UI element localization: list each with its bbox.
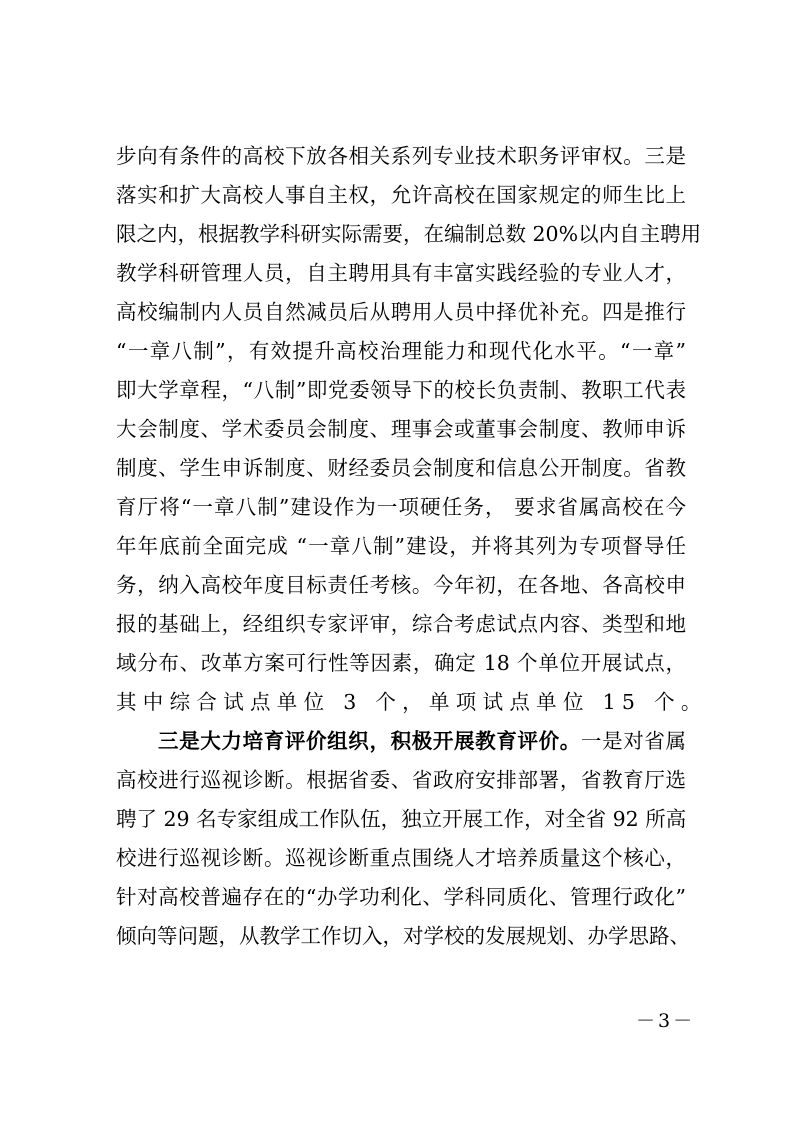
text-line: “一章八制”，有效提升高校治理能力和现代化水平。“一章”	[116, 332, 686, 371]
text-line: 聘了 29 名专家组成工作队伍，独立开展工作，对全省 92 所高	[116, 800, 686, 839]
text-line: 高校进行巡视诊断。根据省委、省政府安排部署，省教育厅选	[116, 761, 686, 800]
text-line: 步向有条件的高校下放各相关系列专业技术职务评审权。三是	[116, 137, 686, 176]
body-text: 步向有条件的高校下放各相关系列专业技术职务评审权。三是 落实和扩大高校人事自主权…	[116, 137, 686, 956]
paragraph-heading-line: 三是大力培育评价组织，积极开展教育评价。一是对省属	[116, 722, 686, 761]
document-page: 步向有条件的高校下放各相关系列专业技术职务评审权。三是 落实和扩大高校人事自主权…	[0, 0, 794, 1123]
text-line: 即大学章程，“八制”即党委领导下的校长负责制、教职工代表	[116, 371, 686, 410]
text-line: 倾向等问题，从教学工作切入，对学校的发展规划、办学思路、	[116, 917, 686, 956]
text-line: 针对高校普遍存在的“办学功利化、学科同质化、管理行政化”	[116, 878, 686, 917]
text-line: 教学科研管理人员，自主聘用具有丰富实践经验的专业人才，	[116, 254, 686, 293]
text-line: 限之内，根据教学科研实际需要，在编制总数 20%以内自主聘用	[116, 215, 686, 254]
text-line: 域分布、改革方案可行性等因素，确定 18 个单位开展试点，	[116, 644, 686, 683]
text-line: 高校编制内人员自然减员后从聘用人员中择优补充。四是推行	[116, 293, 686, 332]
paragraph-heading: 三是大力培育评价组织，积极开展教育评价。	[158, 729, 581, 753]
text-line: 报的基础上，经组织专家评审，综合考虑试点内容、类型和地	[116, 605, 686, 644]
text-line: 校进行巡视诊断。巡视诊断重点围绕人才培养质量这个核心，	[116, 839, 686, 878]
text-line: 育厅将“一章八制”建设作为一项硬任务， 要求省属高校在今	[116, 488, 686, 527]
text-line-paragraph-end: 其中综合试点单位 3 个，单项试点单位 15 个。	[116, 683, 686, 722]
text-line: 大会制度、学术委员会制度、理事会或董事会制度、教师申诉	[116, 410, 686, 449]
page-number: －3－	[636, 1009, 695, 1033]
text-line: 年年底前全面完成 “一章八制”建设，并将其列为专项督导任	[116, 527, 686, 566]
heading-line-rest: 一是对省属	[581, 729, 686, 753]
text-line: 务，纳入高校年度目标责任考核。今年初，在各地、各高校申	[116, 566, 686, 605]
text-line: 落实和扩大高校人事自主权，允许高校在国家规定的师生比上	[116, 176, 686, 215]
text-line: 制度、学生申诉制度、财经委员会制度和信息公开制度。省教	[116, 449, 686, 488]
